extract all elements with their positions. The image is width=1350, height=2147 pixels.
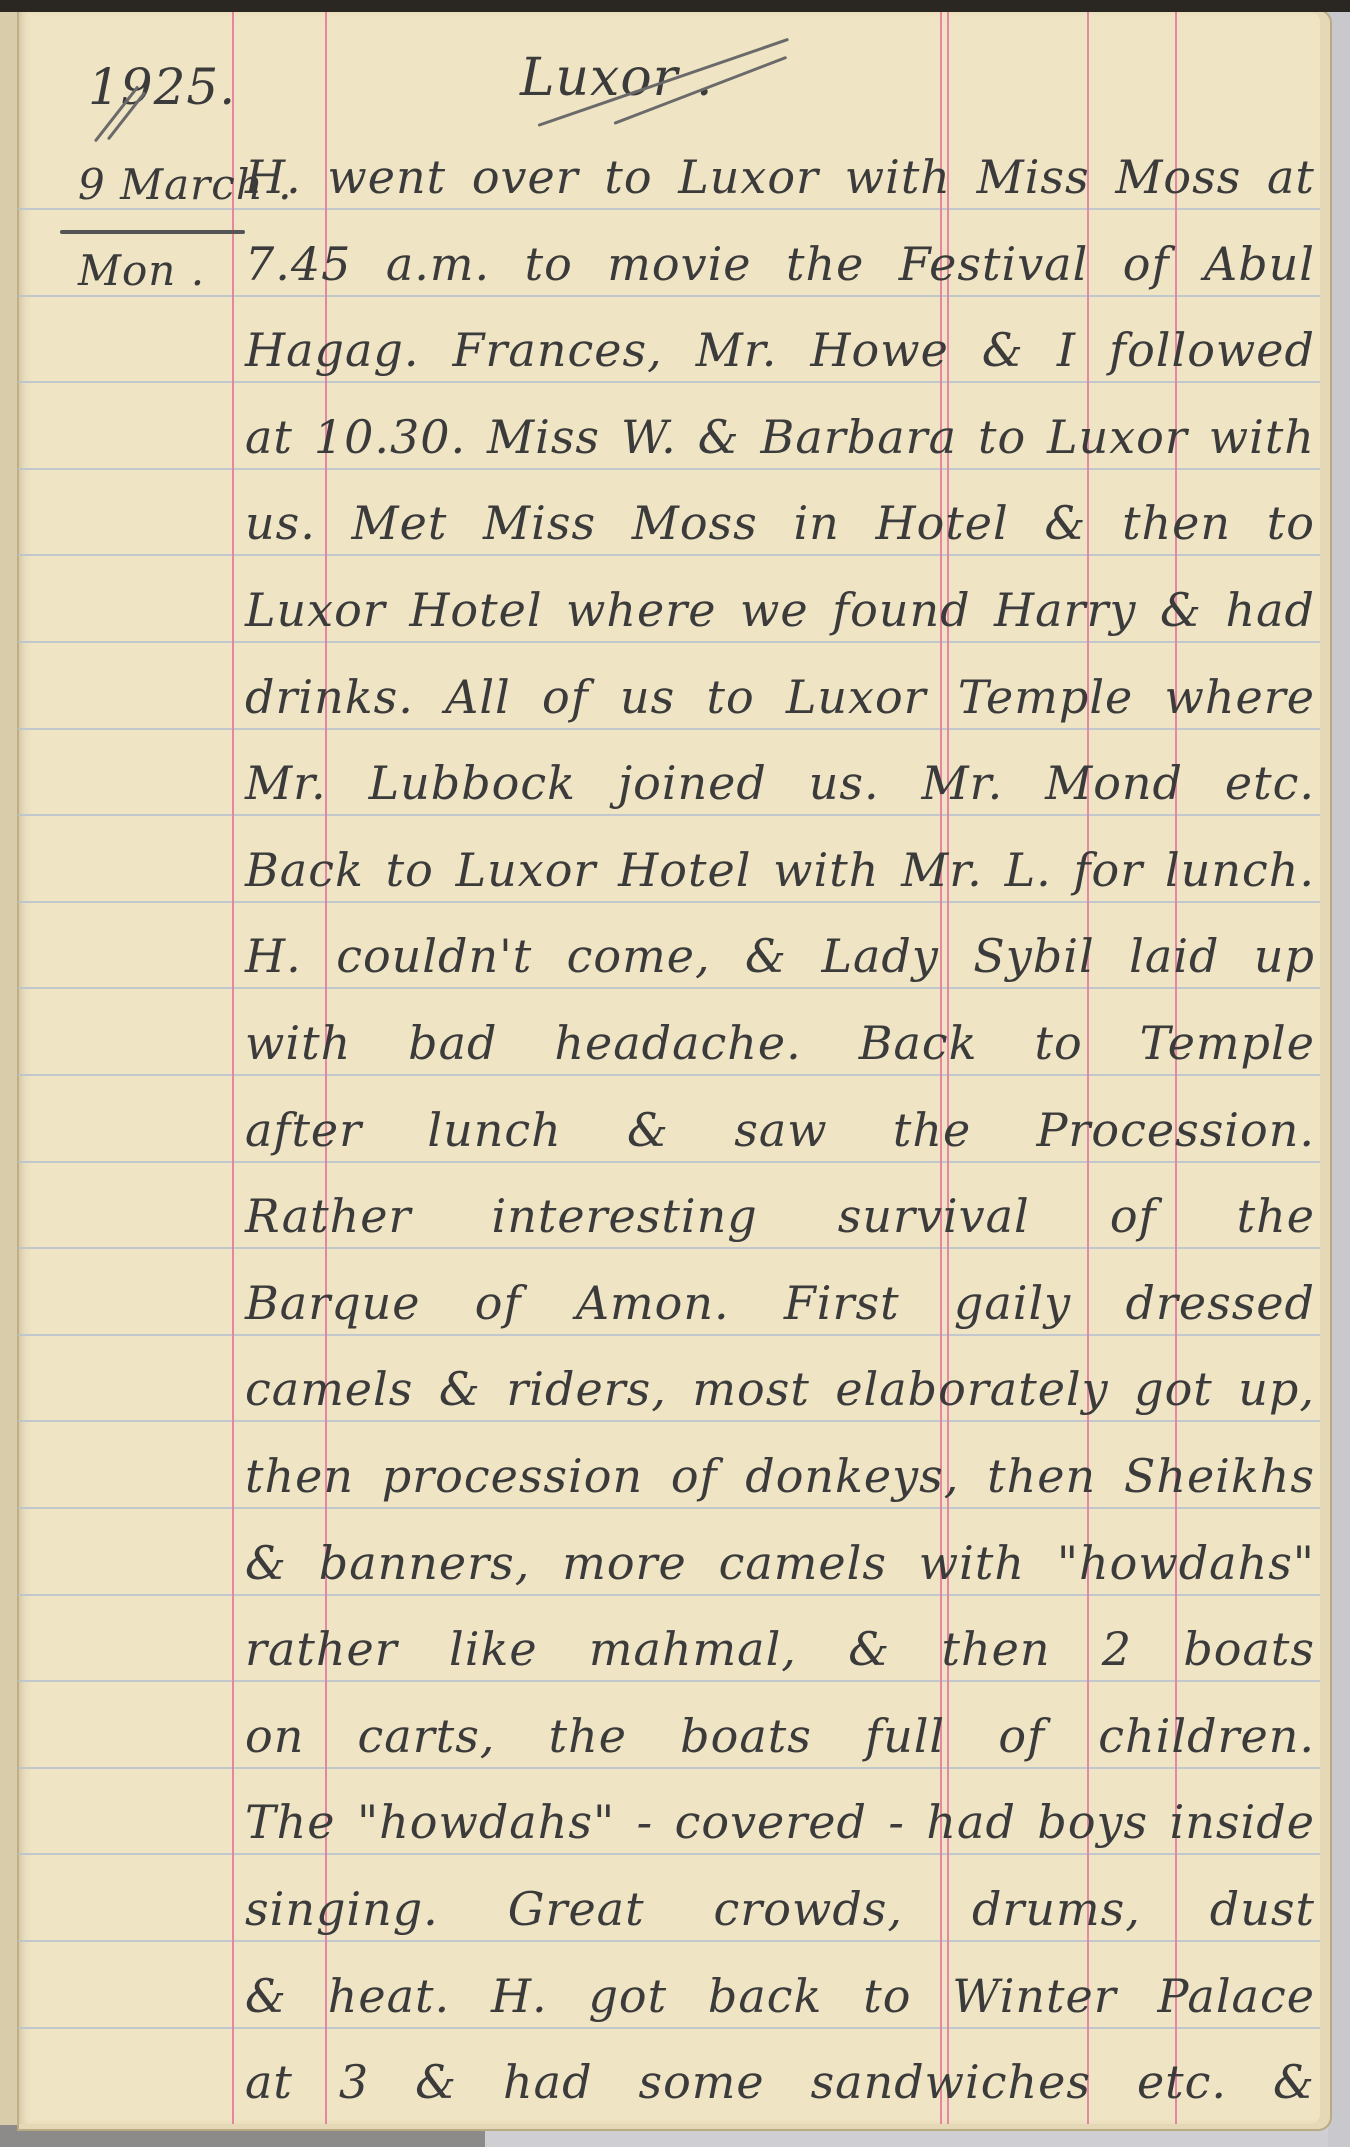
- word: of: [475, 1276, 522, 1330]
- word: Sheikhs: [1124, 1449, 1315, 1503]
- diary-line: afterlunch&sawtheProcession.: [245, 1103, 1315, 1157]
- diary-line: The"howdahs"-covered-hadboysinside: [245, 1795, 1315, 1849]
- word: Amon.: [576, 1276, 730, 1330]
- word: had: [1225, 583, 1315, 637]
- word: over: [472, 150, 579, 204]
- word: H.: [491, 1969, 548, 2023]
- word: the: [1237, 1189, 1315, 1243]
- word: etc.: [1137, 2055, 1227, 2109]
- word: Barbara: [761, 410, 958, 464]
- word: the: [549, 1709, 627, 1763]
- word: procession: [382, 1449, 643, 1503]
- facing-page-edge: [0, 10, 19, 2125]
- word: after: [245, 1103, 362, 1157]
- word: I: [1057, 323, 1076, 377]
- word: -: [637, 1795, 654, 1849]
- word: Procession.: [1036, 1103, 1315, 1157]
- word: Hotel: [876, 496, 1009, 550]
- word: 10.30.: [314, 410, 466, 464]
- word: gaily: [954, 1276, 1071, 1330]
- word: &: [415, 2055, 457, 2109]
- word: donkeys,: [745, 1449, 959, 1503]
- word: up: [1254, 929, 1315, 983]
- word: to: [604, 150, 652, 204]
- diary-line: ratherlikemahmal,&then2boats: [245, 1622, 1315, 1676]
- word: to: [1034, 1016, 1082, 1070]
- ruled-line: [18, 468, 1320, 470]
- word: Harry: [994, 583, 1137, 637]
- word: survival: [838, 1189, 1030, 1243]
- word: back: [708, 1969, 823, 2023]
- word: &: [245, 1969, 287, 2023]
- word: us.: [809, 756, 880, 810]
- ruled-line: [18, 987, 1320, 989]
- diary-line: Ratherinterestingsurvivalofthe: [245, 1189, 1315, 1243]
- word: with: [773, 843, 879, 897]
- word: drums,: [972, 1882, 1141, 1936]
- diary-line: at3&hadsomesandwichesetc.&: [245, 2055, 1315, 2109]
- word: Luxor: [456, 843, 597, 897]
- word: joined: [618, 756, 767, 810]
- ruled-line: [18, 554, 1320, 556]
- margin-rule-1: [232, 12, 234, 2124]
- word: to: [863, 1969, 911, 2023]
- word: Mr.: [922, 756, 1004, 810]
- word: full: [865, 1709, 945, 1763]
- word: camels: [245, 1362, 413, 1416]
- word: riders,: [506, 1362, 667, 1416]
- diary-line: thenprocessionofdonkeys,thenSheikhs: [245, 1449, 1315, 1503]
- word: movie: [607, 237, 751, 291]
- diary-line: drinks.AllofustoLuxorTemplewhere: [245, 670, 1315, 724]
- word: to: [706, 670, 754, 724]
- word: couldn't: [336, 929, 532, 983]
- word: dressed: [1125, 1276, 1315, 1330]
- word: laid: [1129, 929, 1219, 983]
- word: First: [784, 1276, 900, 1330]
- word: children.: [1098, 1709, 1315, 1763]
- word: Miss: [977, 150, 1090, 204]
- word: at: [245, 2055, 293, 2109]
- word: elaborately: [835, 1362, 1108, 1416]
- word: Rather: [245, 1189, 411, 1243]
- word: of: [671, 1449, 718, 1503]
- word: had: [926, 1795, 1016, 1849]
- diary-line: singing.Greatcrowds,drums,dust: [245, 1882, 1315, 1936]
- word: to: [978, 410, 1026, 464]
- word: come,: [567, 929, 711, 983]
- word: Back: [245, 843, 364, 897]
- ruled-line: [18, 814, 1320, 816]
- word: then: [987, 1449, 1096, 1503]
- diary-line: Mr.Lubbockjoinedus.Mr.Mondetc.: [245, 756, 1315, 810]
- word: with: [1209, 410, 1315, 464]
- word: to: [1267, 496, 1315, 550]
- word: Miss: [487, 410, 600, 464]
- word: Temple: [958, 670, 1133, 724]
- ruled-line: [18, 1507, 1320, 1509]
- word: with: [919, 1536, 1025, 1590]
- word: Back: [859, 1016, 978, 1070]
- word: the: [893, 1103, 971, 1157]
- word: carts,: [358, 1709, 496, 1763]
- ruled-line: [18, 641, 1320, 643]
- word: to: [386, 843, 434, 897]
- word: to: [525, 237, 573, 291]
- word: us: [620, 670, 675, 724]
- diary-line: &banners,morecamelswith"howdahs": [245, 1536, 1315, 1590]
- word: rather: [245, 1622, 398, 1676]
- word: camels: [719, 1536, 887, 1590]
- word: Hotel: [618, 843, 751, 897]
- word: the: [786, 237, 864, 291]
- word: Temple: [1140, 1016, 1315, 1070]
- word: Mr.: [696, 323, 778, 377]
- ruled-line: [18, 1594, 1320, 1596]
- word: Mr.: [901, 843, 983, 897]
- word: got: [1134, 1362, 1213, 1416]
- word: The: [245, 1795, 336, 1849]
- diary-line: camels&riders,mostelaboratelygotup,: [245, 1362, 1315, 1416]
- diary-line: BarqueofAmon.Firstgailydressed: [245, 1276, 1315, 1330]
- word: at: [1267, 150, 1315, 204]
- diary-line: at10.30.MissW.&BarbaratoLuxorwith: [245, 410, 1315, 464]
- word: &: [982, 323, 1024, 377]
- word: where: [1165, 670, 1315, 724]
- word: Lady: [821, 929, 938, 983]
- word: &: [745, 929, 787, 983]
- word: bad: [408, 1016, 497, 1070]
- word: &: [1044, 496, 1086, 550]
- diary-line: H.couldn'tcome,&LadySybillaidup: [245, 929, 1315, 983]
- word: up,: [1238, 1362, 1315, 1416]
- ruled-line: [18, 1940, 1320, 1942]
- diary-line: oncarts,theboatsfullofchildren.: [245, 1709, 1315, 1763]
- word: with: [245, 1016, 351, 1070]
- word: of: [1123, 237, 1170, 291]
- word: &: [698, 410, 740, 464]
- word: Luxor: [1047, 410, 1188, 464]
- word: a.m.: [386, 237, 490, 291]
- word: Mr.: [245, 756, 327, 810]
- word: found: [832, 583, 970, 637]
- word: Moss: [632, 496, 758, 550]
- word: covered: [675, 1795, 867, 1849]
- ruled-line: [18, 1247, 1320, 1249]
- word: boats: [680, 1709, 812, 1763]
- word: &: [848, 1622, 890, 1676]
- word: Luxor: [678, 150, 819, 204]
- word: us.: [245, 496, 316, 550]
- ruled-line: [18, 1767, 1320, 1769]
- word: in: [793, 496, 839, 550]
- word: banners,: [319, 1536, 531, 1590]
- diary-line: withbadheadache.BacktoTemple: [245, 1016, 1315, 1070]
- word: went: [327, 150, 446, 204]
- diary-line: &heat.H.gotbacktoWinterPalace: [245, 1969, 1315, 2023]
- word: had: [503, 2055, 593, 2109]
- word: Hagag.: [245, 323, 419, 377]
- word: singing.: [245, 1882, 439, 1936]
- word: crowds,: [714, 1882, 904, 1936]
- word: Moss: [1115, 150, 1241, 204]
- word: of: [542, 670, 589, 724]
- word: &: [1160, 583, 1202, 637]
- word: for: [1074, 843, 1144, 897]
- word: Met: [352, 496, 448, 550]
- word: "howdahs": [357, 1795, 615, 1849]
- word: some: [638, 2055, 764, 2109]
- word: saw: [734, 1103, 827, 1157]
- word: where: [566, 583, 716, 637]
- ruled-line: [18, 1334, 1320, 1336]
- word: 7.45: [245, 237, 351, 291]
- diary-line: LuxorHotelwherewefoundHarry&had: [245, 583, 1315, 637]
- word: mahmal,: [589, 1622, 797, 1676]
- word: sandwiches: [811, 2055, 1091, 2109]
- word: of: [1110, 1189, 1157, 1243]
- word: Great: [508, 1882, 645, 1936]
- word: Miss: [483, 496, 596, 550]
- word: like: [449, 1622, 538, 1676]
- word: on: [245, 1709, 304, 1763]
- word: L.: [1005, 843, 1052, 897]
- diary-line: us.MetMissMossinHotel&thento: [245, 496, 1315, 550]
- word: 3: [339, 2055, 369, 2109]
- entry-day: Mon .: [78, 246, 205, 295]
- word: Barque: [245, 1276, 421, 1330]
- word: H.: [245, 150, 302, 204]
- word: Howe: [810, 323, 948, 377]
- word: most: [692, 1362, 809, 1416]
- word: Festival: [899, 237, 1089, 291]
- word: "howdahs": [1057, 1536, 1315, 1590]
- diary-line: H.wentovertoLuxorwithMissMossat: [245, 150, 1315, 204]
- ruled-line: [18, 295, 1320, 297]
- word: Hotel: [409, 583, 542, 637]
- word: &: [245, 1536, 287, 1590]
- word: drinks.: [245, 670, 414, 724]
- word: headache.: [554, 1016, 801, 1070]
- ruled-line: [18, 1680, 1320, 1682]
- word: of: [998, 1709, 1045, 1763]
- word: H.: [245, 929, 302, 983]
- word: with: [845, 150, 951, 204]
- word: then: [941, 1622, 1050, 1676]
- word: etc.: [1225, 756, 1315, 810]
- word: Winter: [952, 1969, 1117, 2023]
- word: then: [245, 1449, 354, 1503]
- word: at: [245, 410, 293, 464]
- diary-line: BacktoLuxorHotelwithMr.L.forlunch.: [245, 843, 1315, 897]
- ruled-line: [18, 1161, 1320, 1163]
- word: boys: [1037, 1795, 1148, 1849]
- word: inside: [1170, 1795, 1315, 1849]
- word: Lubbock: [369, 756, 576, 810]
- word: All: [445, 670, 511, 724]
- word: &: [1273, 2055, 1315, 2109]
- word: lunch: [427, 1103, 561, 1157]
- word: Abul: [1204, 237, 1315, 291]
- ruled-line: [18, 1074, 1320, 1076]
- word: then: [1122, 496, 1231, 550]
- word: boats: [1183, 1622, 1315, 1676]
- word: Palace: [1158, 1969, 1315, 2023]
- ruled-line: [18, 1853, 1320, 1855]
- word: lunch.: [1165, 843, 1315, 897]
- word: Mond: [1045, 756, 1183, 810]
- word: Sybil: [973, 929, 1094, 983]
- ruled-line: [18, 901, 1320, 903]
- word: &: [439, 1362, 481, 1416]
- cover-top-edge: [0, 0, 1350, 12]
- word: heat.: [328, 1969, 450, 2023]
- word: we: [740, 583, 809, 637]
- word: got: [588, 1969, 667, 2023]
- word: Luxor: [245, 583, 386, 637]
- word: 2: [1102, 1622, 1132, 1676]
- ruled-line: [18, 1420, 1320, 1422]
- date-underline: [60, 230, 245, 234]
- word: &: [627, 1103, 669, 1157]
- ruled-line: [18, 728, 1320, 730]
- diary-line: 7.45a.m.tomovietheFestivalofAbul: [245, 237, 1315, 291]
- word: dust: [1210, 1882, 1315, 1936]
- word: W.: [621, 410, 677, 464]
- word: followed: [1109, 323, 1315, 377]
- ruled-line: [18, 381, 1320, 383]
- diary-line: Hagag.Frances,Mr.Howe&Ifollowed: [245, 323, 1315, 377]
- year-heading: 1925.: [88, 58, 236, 116]
- word: Frances,: [453, 323, 663, 377]
- word: -: [888, 1795, 905, 1849]
- word: interesting: [492, 1189, 758, 1243]
- ruled-line: [18, 2027, 1320, 2029]
- word: Luxor: [786, 670, 927, 724]
- word: more: [562, 1536, 687, 1590]
